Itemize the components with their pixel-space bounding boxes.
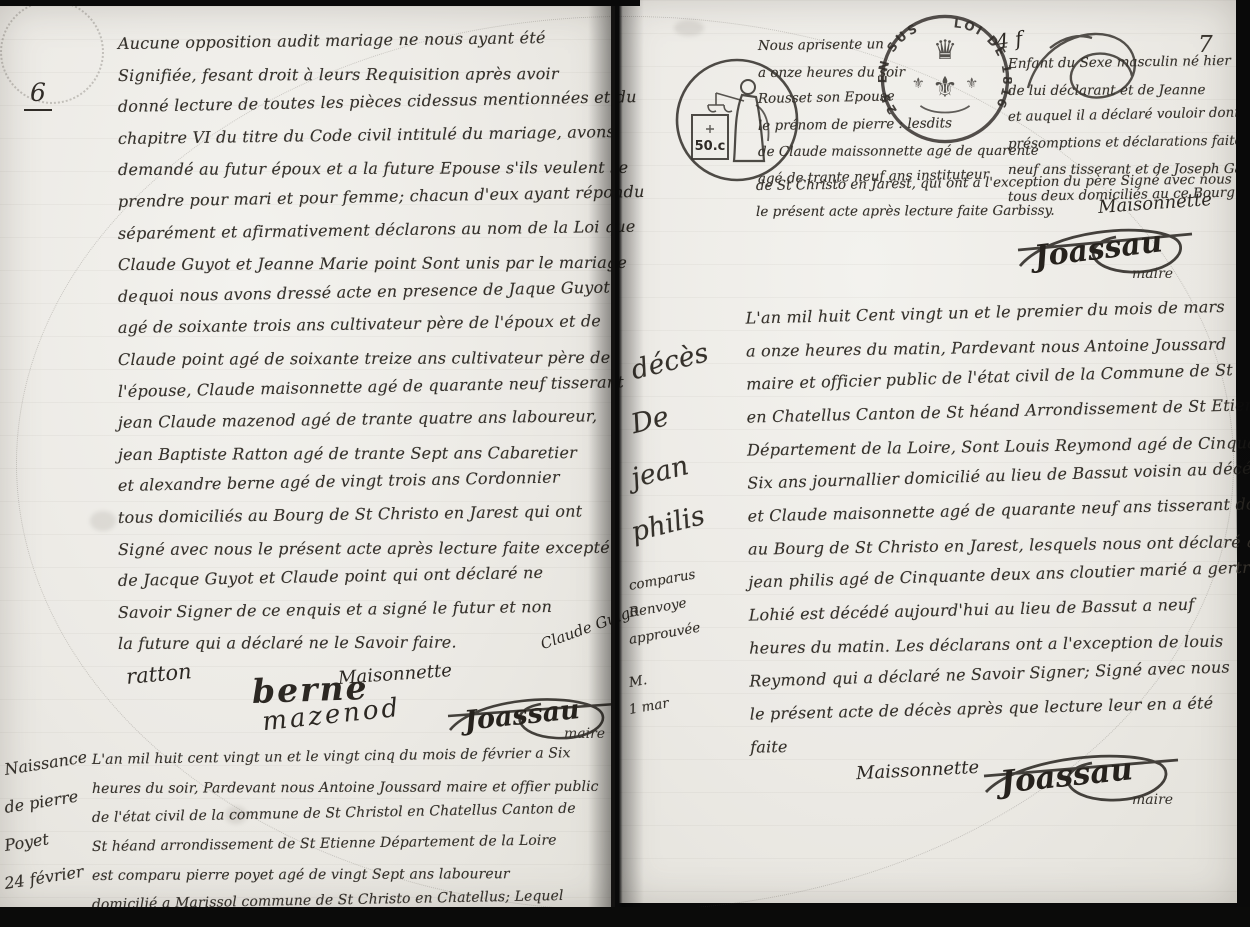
scan-edge-right xyxy=(1236,0,1250,560)
signature-mayor-title: maire xyxy=(1132,792,1173,808)
register-scan: 6 Aucune opposition audit mariage ne nou… xyxy=(0,0,1250,927)
binding-gutter-line xyxy=(611,0,615,927)
archive-stamp xyxy=(0,0,104,104)
scan-edge-top xyxy=(0,0,640,6)
margin-note-birth: Naissancede pierrePoyet24 février xyxy=(6,760,116,912)
handwritten-line: et auquel il a déclaré vouloir donner xyxy=(1008,104,1248,135)
handwritten-line: Enfant du Sexe masculin né hier xyxy=(1008,53,1248,83)
scan-edge-bottom xyxy=(0,907,1250,927)
binding-gutter xyxy=(588,0,644,927)
